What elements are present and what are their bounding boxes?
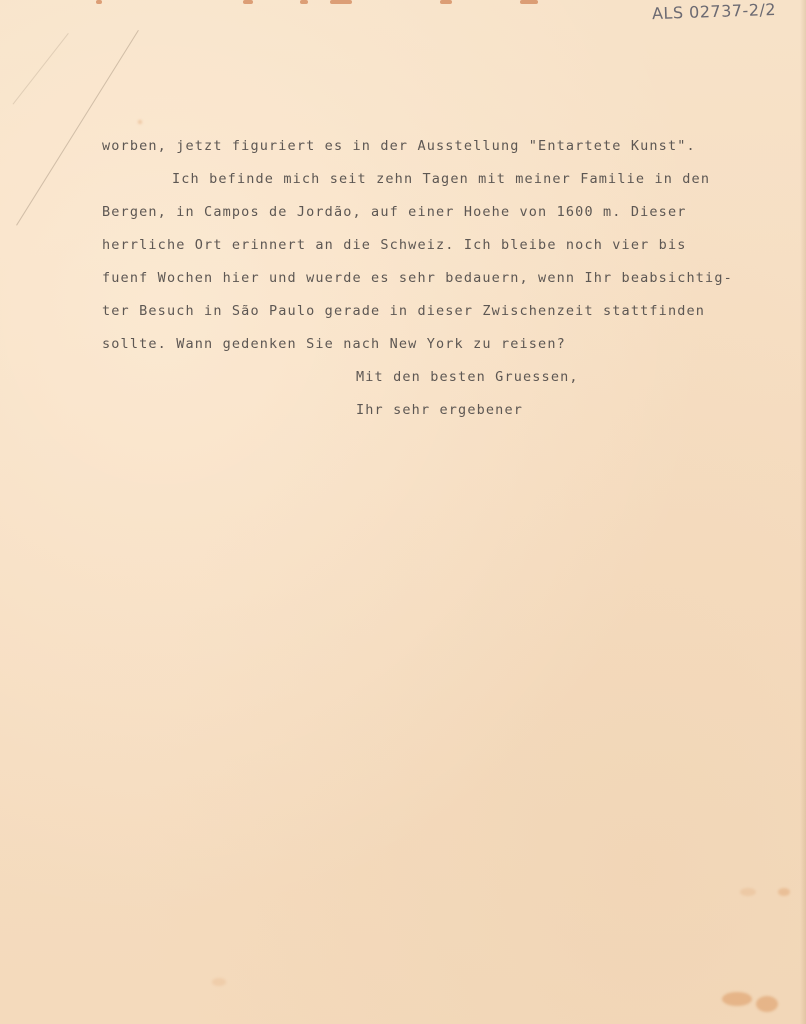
foxing-stain (212, 978, 226, 986)
foxing-stain (740, 888, 756, 896)
foxing-stain (138, 120, 142, 124)
letter-line: ter Besuch in São Paulo gerade in dieser… (102, 295, 733, 328)
paper-mark (520, 0, 538, 4)
letter-line: Bergen, in Campos de Jordão, auf einer H… (102, 196, 733, 229)
letter-line: fuenf Wochen hier und wuerde es sehr bed… (102, 262, 733, 295)
letter-line: Ich befinde mich seit zehn Tagen mit mei… (102, 163, 733, 196)
paper-mark (300, 0, 308, 4)
foxing-stain (722, 992, 752, 1006)
paper-mark (440, 0, 452, 4)
letter-line: worben, jetzt figuriert es in der Ausste… (102, 130, 733, 163)
paper-mark (330, 0, 352, 4)
paper-mark (243, 0, 253, 4)
letter-line: sollte. Wann gedenken Sie nach New York … (102, 328, 733, 361)
letter-line: herrliche Ort erinnert an die Schweiz. I… (102, 229, 733, 262)
pencil-line (13, 33, 69, 105)
archive-reference: ALS 02737-2/2 (652, 0, 777, 23)
letter-body: worben, jetzt figuriert es in der Ausste… (102, 130, 733, 427)
foxing-stain (756, 996, 778, 1012)
paper-mark (96, 0, 102, 4)
letter-page: ALS 02737-2/2 worben, jetzt figuriert es… (0, 0, 806, 1024)
closing-signoff: Ihr sehr ergebener (102, 394, 733, 427)
foxing-stain (778, 888, 790, 896)
closing-salutation: Mit den besten Gruessen, (102, 361, 733, 394)
